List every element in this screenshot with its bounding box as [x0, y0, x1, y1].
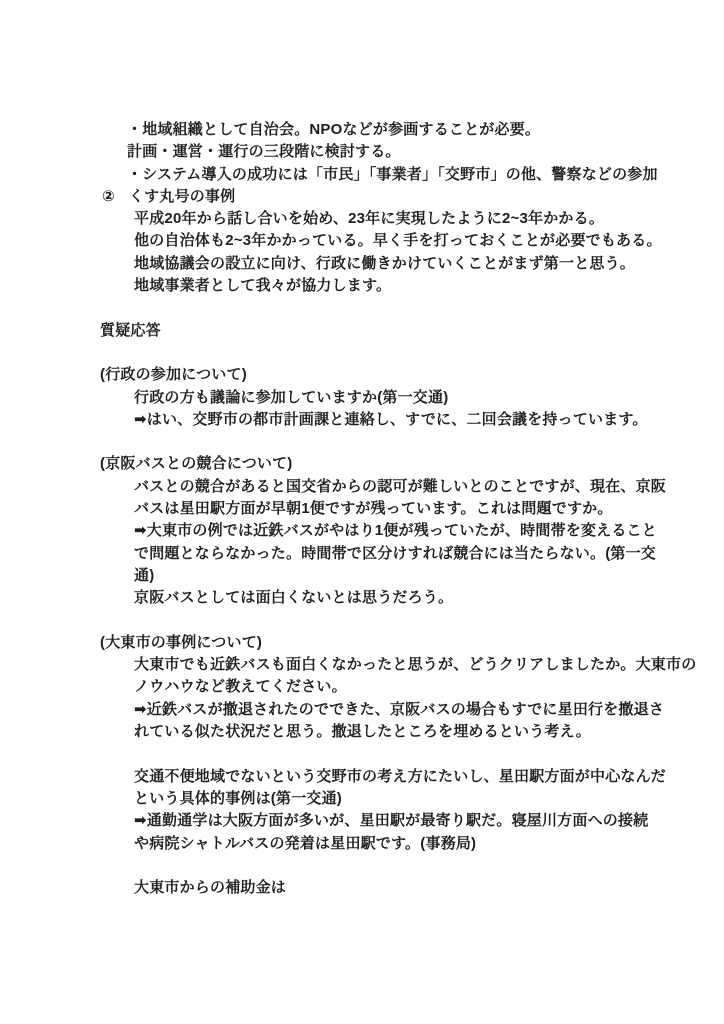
note-body-line: 平成20年から話し合いを始め、23年に実現したように2~3年かかる。	[0, 208, 724, 230]
qa-topic-title: (行政の参加について)	[0, 364, 724, 386]
qa-answer-line: れている似た状況だと思う。撤退したところを埋めるという考え。	[0, 721, 724, 743]
blank-line	[0, 297, 724, 319]
qa-answer-line: ➡近鉄バスが撤退されたのでできた、京阪バスの場合もすでに星田行を撤退さ	[0, 699, 724, 721]
qa-question-line: 行政の方も議論に参加していますか(第一交通)	[0, 387, 724, 409]
qa-question-line: 交通不便地域でないという交野市の考え方にたいし、星田駅方面が中心なんだ	[0, 766, 724, 788]
qa-answer-line: 通)	[0, 565, 724, 587]
note-body-line: 地域協議会の設立に向け、行政に働きかけていくことがまず第一と思う。	[0, 253, 724, 275]
item-number-marker: ②	[102, 186, 115, 208]
qa-answer-line: ➡はい、交野市の都市計画課と連絡し、すでに、二回会議を持っています。	[0, 409, 724, 431]
note-bullet-line: ・システム導入の成功には「市民」「事業者」「交野市」の他、警察などの参加	[0, 164, 724, 186]
note-bullet-line: ・地域組織として自治会。NPOなどが参画することが必要。	[0, 119, 724, 141]
qa-topic-keihan-bus: (京阪バスとの競合について) バスとの競合があると国交省からの認可が難しいとのこ…	[0, 453, 724, 609]
qa-question-line: という具体的事例は(第一交通)	[0, 788, 724, 810]
qa-answer-line: で問題とならなかった。時間帯で区分けすれば競合には当たらない。(第一交	[0, 543, 724, 565]
blank-line	[0, 610, 724, 632]
blank-line	[0, 743, 724, 765]
qa-topic-daito-city: (大東市の事例について) 大東市でも近鉄バスも面白くなかったと思うが、どうクリア…	[0, 632, 724, 900]
qa-topic-title: (京阪バスとの競合について)	[0, 453, 724, 475]
blank-line	[0, 431, 724, 453]
qa-question-line: 大東市からの補助金は	[0, 877, 724, 899]
qa-question-line: バスとの競合があると国交省からの認可が難しいとのことですが、現在、京阪	[0, 476, 724, 498]
note-body-line: 他の自治体も2~3年かかっている。早く手を打っておくことが必要でもある。	[0, 230, 724, 252]
qa-answer-line: ➡大東市の例では近鉄バスがやはり1便が残っていたが、時間帯を変えること	[0, 520, 724, 542]
qa-comment-line: 京阪バスとしては面白くないとは思うだろう。	[0, 587, 724, 609]
numbered-item-line: ②くす丸号の事例	[0, 186, 724, 208]
meeting-notes-section: ・地域組織として自治会。NPOなどが参画することが必要。 計画・運営・運行の三段…	[0, 119, 724, 297]
note-sub-line: 計画・運営・運行の三段階に検討する。	[0, 141, 724, 163]
blank-line	[0, 855, 724, 877]
qa-question-line: ノウハウなど教えてください。	[0, 676, 724, 698]
document-page: ・地域組織として自治会。NPOなどが参画することが必要。 計画・運営・運行の三段…	[0, 0, 724, 1024]
qa-answer-line: や病院シャトルバスの発着は星田駅です。(事務局)	[0, 833, 724, 855]
qa-topic-title: (大東市の事例について)	[0, 632, 724, 654]
qa-topic-gyousei: (行政の参加について) 行政の方も議論に参加していますか(第一交通) ➡はい、交…	[0, 364, 724, 431]
qa-question-line: 大東市でも近鉄バスも面白くなかったと思うが、どうクリアしましたか。大東市の	[0, 654, 724, 676]
qa-question-line: バスは星田駅方面が早朝1便ですが残っています。これは問題ですか。	[0, 498, 724, 520]
item-title: くす丸号の事例	[129, 188, 235, 205]
blank-line	[0, 342, 724, 364]
note-body-line: 地域事業者として我々が協力します。	[0, 275, 724, 297]
qa-heading: 質疑応答	[0, 320, 724, 342]
qa-answer-line: ➡通勤通学は大阪方面が多いが、星田駅が最寄り駅だ。寝屋川方面への接続	[0, 810, 724, 832]
document-content: ・地域組織として自治会。NPOなどが参画することが必要。 計画・運営・運行の三段…	[0, 0, 724, 899]
